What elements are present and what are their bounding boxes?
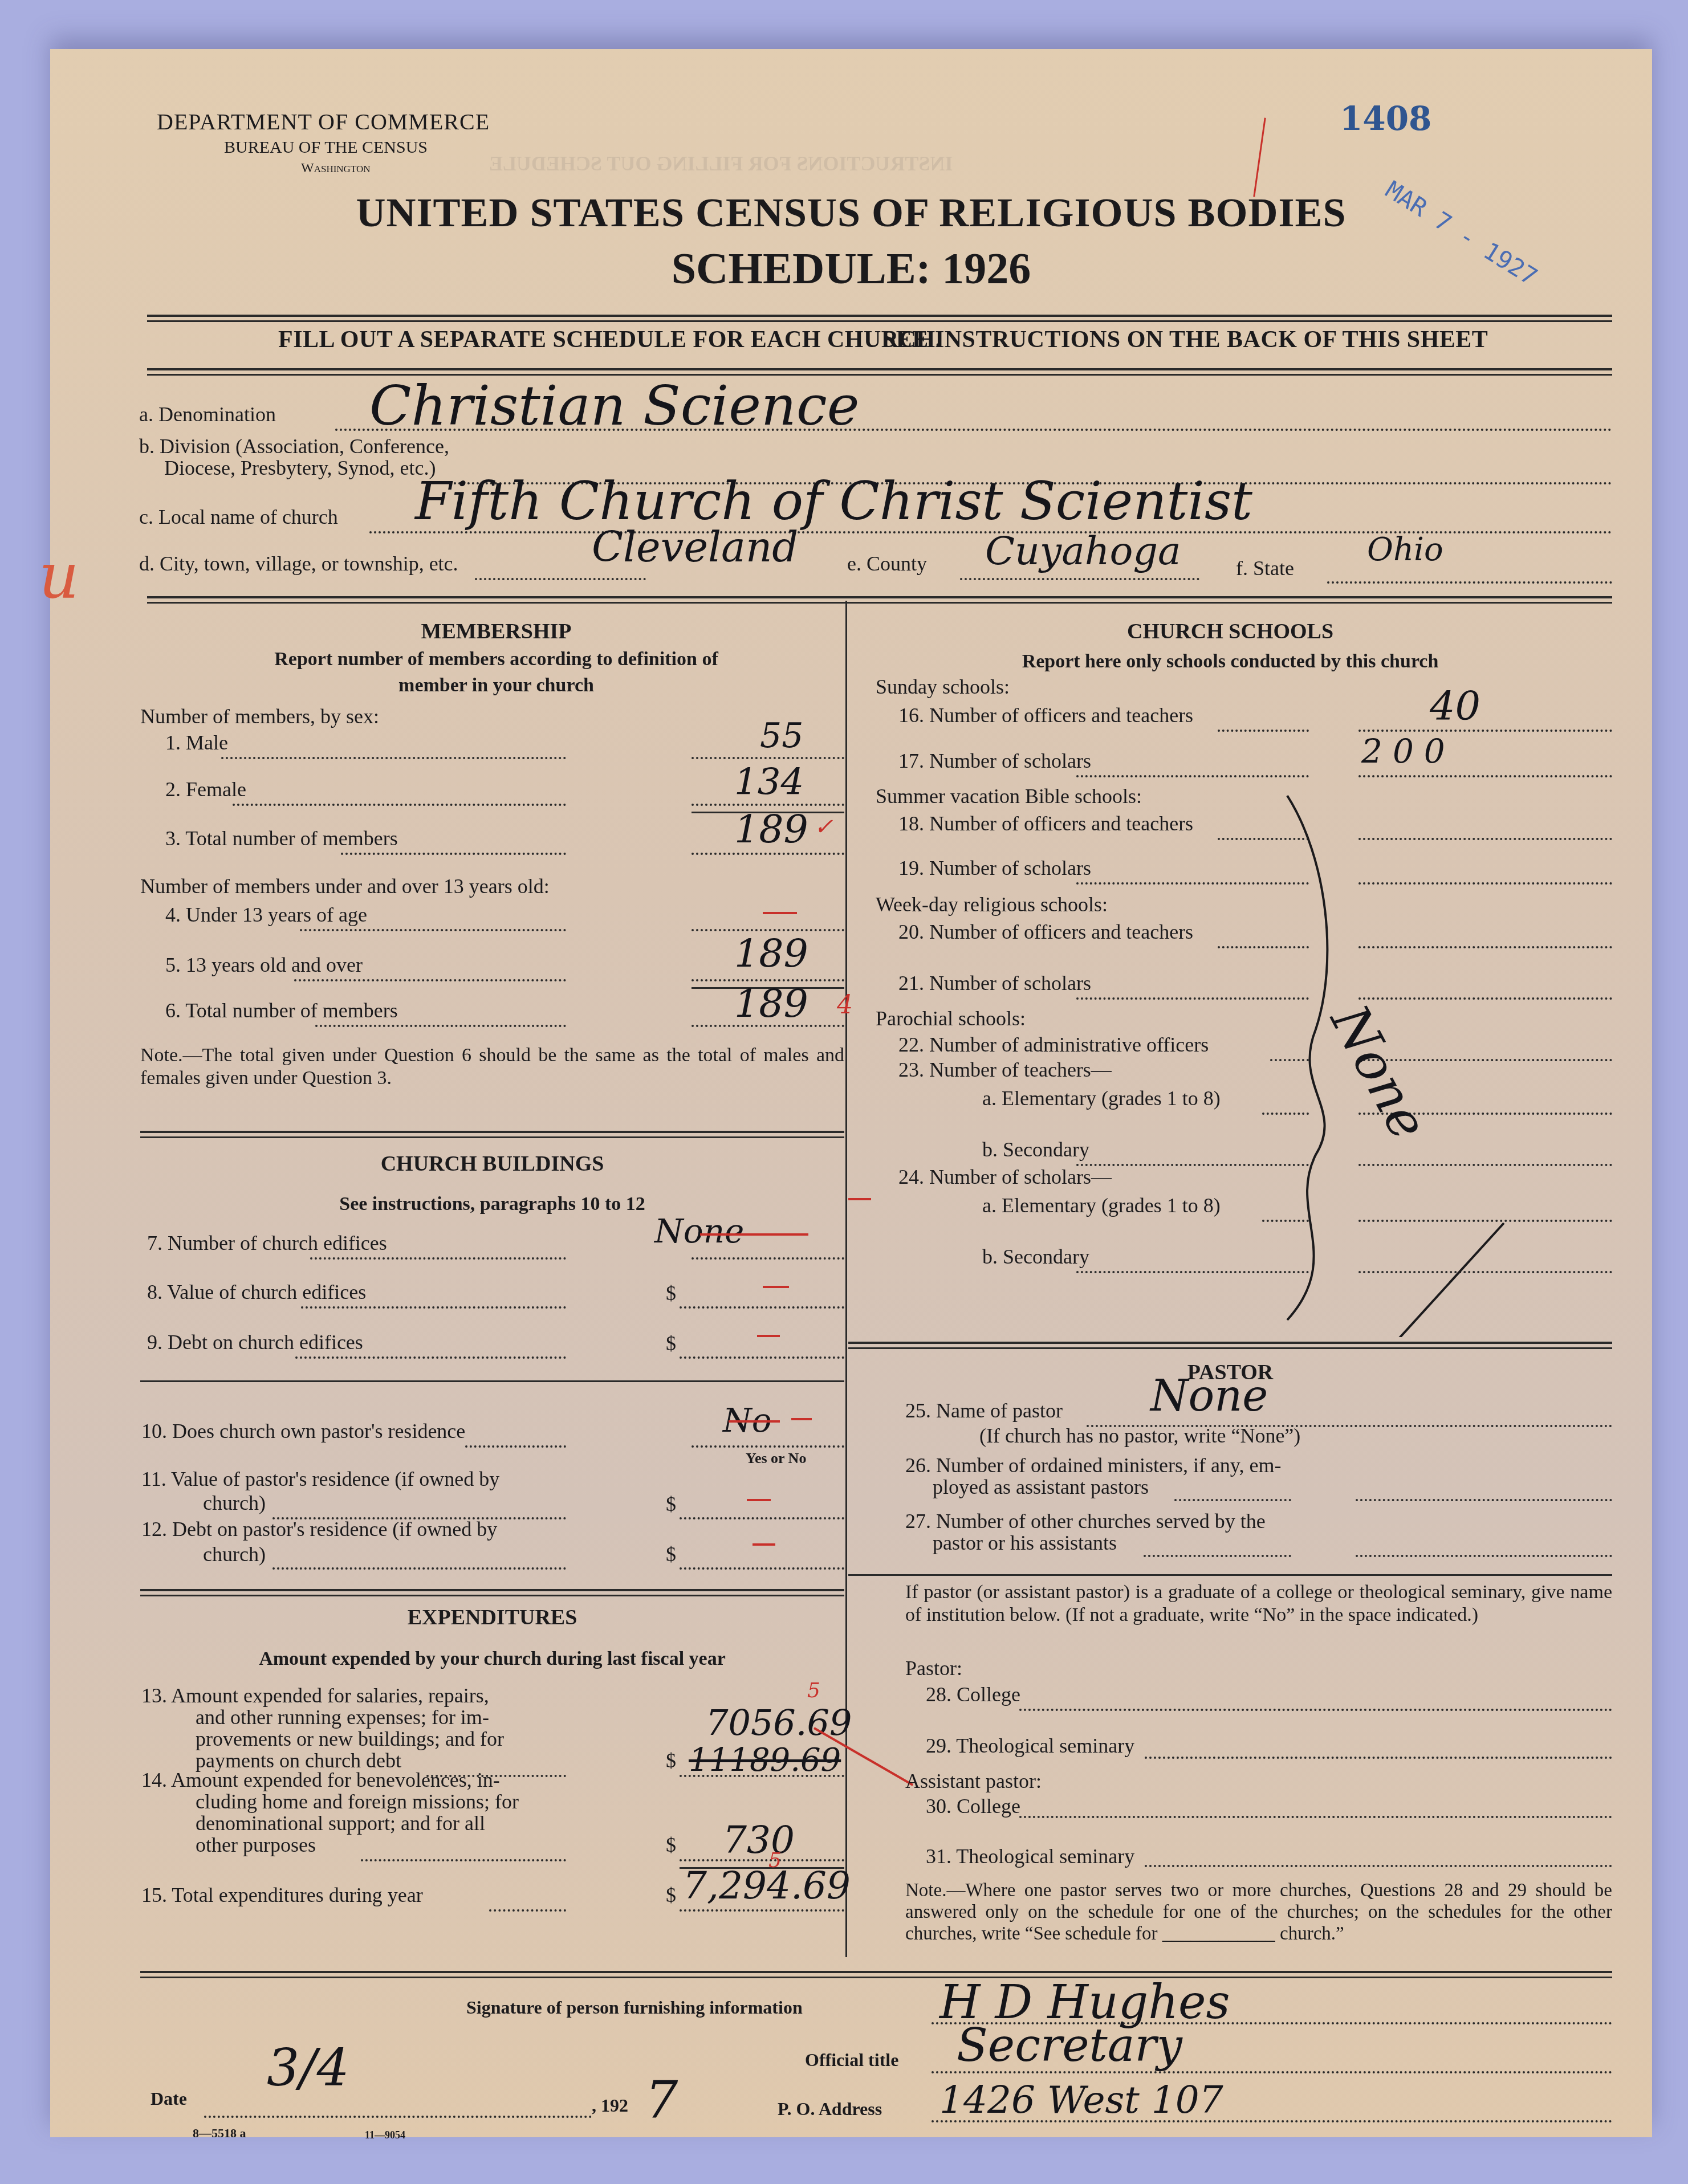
male-label: 1. Male [165,731,228,755]
assistant-pastor-label: Assistant pastor: [905,1769,1042,1793]
sunday-officers-leader [1218,730,1309,732]
banner-right-text: SEE INSTRUCTIONS ON THE BACK OF THIS SHE… [882,326,1488,353]
signature-label: Signature of person furnishing informati… [466,1997,803,2018]
dollar-sign: $ [666,1492,676,1516]
pastor-seminary-label: 29. Theological seminary [926,1734,1134,1758]
benevolences-label-1: 14. Amount expended for benevolences, in… [141,1768,500,1792]
male-leader [221,757,566,759]
parochial-admin-label: 22. Number of administrative officers [898,1033,1209,1057]
denomination-field[interactable]: Christian Science [369,374,859,438]
pastor-college-field[interactable] [1019,1709,1612,1711]
running-expenses-label-1: 13. Amount expended for salaries, repair… [141,1684,489,1708]
city-label: d. City, town, village, or township, etc… [139,552,458,576]
by-sex-label: Number of members, by sex: [140,704,379,728]
other-churches-field[interactable] [1356,1555,1612,1557]
asst-college-field[interactable] [1019,1816,1612,1818]
city-line [475,578,646,580]
owns-residence-leader [465,1445,566,1448]
asst-ministers-label-2: ployed as assistant pastors [933,1475,1149,1499]
church-buildings-heading: CHURCH BUILDINGS [140,1151,844,1176]
signature-top-rule [140,1971,1612,1973]
residence-debt-line [680,1567,844,1570]
membership-subheading-1: Report number of members according to de… [147,649,845,670]
edifices-value-field[interactable] [763,1286,789,1288]
schedule-title: SCHEDULE: 1926 [50,243,1652,294]
asst-ministers-leader [1174,1499,1291,1501]
expenditures-subheading: Amount expended by your church during la… [140,1648,844,1670]
bureau-name: BUREAU OF THE CENSUS [224,138,428,157]
under-13-field[interactable] [763,912,797,914]
sunday-officers-field[interactable]: 40 [1430,683,1480,730]
year-prefix: , 192 [592,2095,628,2116]
pastor-education-label: Pastor: [905,1656,962,1680]
dollar-sign: $ [666,1833,676,1857]
division-label-line1: b. Division (Association, Conference, [139,434,449,458]
residence-debt-leader [272,1567,566,1570]
red-margin-mark: u [39,539,79,612]
female-label: 2. Female [165,777,246,801]
pastor-seminary-field[interactable] [1145,1757,1612,1759]
residence-debt-label-cont: church) [203,1542,266,1566]
over-13-leader [294,979,566,981]
buildings-mid-rule [140,1380,844,1382]
year-field[interactable]: 7 [645,2070,678,2130]
female-line [692,804,844,806]
print-code: 11—9054 [365,2129,405,2141]
division-label-line2: Diocese, Presbytery, Synod, etc.) [164,456,436,480]
dollar-sign: $ [666,1749,676,1773]
county-line [960,578,1199,580]
sunday-schools-label: Sunday schools: [876,675,1010,699]
state-field[interactable]: Ohio [1367,531,1443,568]
other-churches-label-2: pastor or his assistants [933,1531,1117,1555]
total-expenditures-label: 15. Total expenditures during year [141,1883,423,1907]
bureau-city: Washington [301,161,371,176]
total-expenditures-leader [489,1909,566,1912]
membership-bottom-rule [140,1131,844,1133]
red-correction-mark: 4 [837,991,853,1020]
parochial-teachers-label: 23. Number of teachers— [898,1058,1112,1082]
po-address-field[interactable]: 1426 West 107 [939,2078,1223,2122]
asst-seminary-label: 31. Theological seminary [926,1844,1134,1868]
asst-seminary-field[interactable] [1145,1865,1612,1867]
total-members-field[interactable]: 189 [734,807,808,852]
dollar-sign: $ [666,1542,676,1566]
parochial-schools-label: Parochial schools: [876,1007,1026,1030]
benevolences-label-2: cluding home and foreign missions; for [196,1790,519,1814]
total-expenditures-line [680,1909,844,1912]
official-title-label: Official title [805,2049,898,2071]
red-dash-10 [791,1418,812,1420]
membership-heading: MEMBERSHIP [147,619,845,644]
benevolences-label-4: other purposes [196,1833,316,1857]
benevolences-label-3: denominational support; and for all [196,1811,485,1835]
pastor-name-field[interactable]: None [1150,1370,1268,1421]
dollar-sign: $ [666,1331,676,1355]
pastor-note: Note.—Where one pastor serves two or mor… [905,1880,1612,1945]
residence-debt-label: 12. Debt on pastor's residence (if owned… [141,1517,497,1541]
edifices-debt-line [680,1356,844,1359]
summer-scholars-leader [1076,882,1309,885]
state-line [1327,581,1612,584]
edifices-value-leader [301,1306,566,1309]
edifices-count-field[interactable]: None [654,1212,744,1250]
red-strike-no [729,1420,780,1423]
edifices-debt-leader [295,1356,566,1359]
edifices-value-label: 8. Value of church edifices [147,1280,366,1304]
asst-ministers-field[interactable] [1356,1499,1612,1501]
county-field[interactable]: Cuyahoga [985,529,1181,574]
red-correction-5b: 5 [768,1849,782,1872]
residence-debt-field[interactable] [753,1543,775,1546]
residence-value-field[interactable] [747,1499,771,1501]
denomination-label: a. Denomination [139,402,276,426]
parochial-scholars-label: 24. Number of scholars— [898,1165,1112,1189]
census-schedule-sheet: INSTRUCTIONS FOR FILLING OUT SCHEDULE DE… [50,49,1652,2137]
total-members-leader [341,853,566,855]
other-churches-label-1: 27. Number of other churches served by t… [905,1509,1266,1533]
buildings-bottom-rule [140,1589,844,1591]
state-label: f. State [1236,556,1294,580]
running-expenses-label-2: and other running expenses; for im- [196,1705,489,1729]
identification-bottom-rule [147,596,1612,598]
asst-college-label: 30. College [926,1794,1020,1818]
banner-left-text: FILL OUT A SEPARATE SCHEDULE FOR EACH CH… [278,326,942,353]
edifices-value-line [680,1306,844,1309]
local-name-field[interactable]: Fifth Church of Christ Scientist [415,471,1252,532]
female-leader [233,804,566,806]
red-tick-mark [1253,117,1266,197]
under-13-leader [300,929,566,931]
teachers-elementary-label: a. Elementary (grades 1 to 8) [982,1086,1221,1110]
pastor-name-label: 25. Name of pastor [905,1399,1063,1423]
form-title: UNITED STATES CENSUS OF RELIGIOUS BODIES [50,189,1652,237]
asst-ministers-label-1: 26. Number of ordained ministers, if any… [905,1453,1282,1477]
summer-schools-label: Summer vacation Bible schools: [876,784,1142,808]
by-age-label: Number of members under and over 13 year… [140,874,550,898]
owns-residence-line [692,1445,844,1448]
graduate-instructions: If pastor (or assistant pastor) is a gra… [905,1581,1612,1627]
edifices-debt-field[interactable] [757,1335,780,1337]
pastor-college-label: 28. College [926,1682,1020,1706]
edifices-debt-label: 9. Debt on church edifices [147,1330,363,1354]
date-label: Date [151,2088,187,2109]
file-number-stamp: 1408 [1340,99,1431,138]
banner-bottom-rule [147,368,1612,370]
total-by-age-leader [315,1025,566,1027]
total-expenditures-field[interactable]: 7,294.69 [683,1864,851,1908]
total-by-age-field[interactable]: 189 [734,981,808,1026]
yes-or-no-hint: Yes or No [746,1450,806,1467]
sunday-scholars-leader [1076,775,1309,777]
pastor-mid-rule [848,1574,1612,1576]
under-13-label: 4. Under 13 years of age [165,903,367,927]
male-line [692,757,844,759]
church-schools-subheading: Report here only schools conducted by th… [848,651,1612,673]
female-field[interactable]: 134 [734,761,804,804]
other-churches-leader [1144,1555,1291,1557]
form-code: 8—5518 a [193,2126,246,2141]
edifices-count-label: 7. Number of church edifices [147,1231,387,1255]
expenditures-heading: EXPENDITURES [140,1605,844,1630]
summer-officers-label: 18. Number of officers and teachers [898,812,1193,836]
membership-note: Note.—The total given under Question 6 s… [140,1044,844,1090]
scholars-secondary-leader [1076,1271,1309,1273]
weekday-schools-label: Week-day religious schools: [876,893,1108,916]
official-title-field[interactable]: Secretary [957,2019,1182,2072]
red-correction-5: 5 [807,1679,820,1702]
church-schools-heading: CHURCH SCHOOLS [848,619,1612,644]
owns-residence-label: 10. Does church own pastor's residence [141,1419,465,1443]
residence-value-label: 11. Value of pastor's residence (if owne… [141,1467,499,1491]
column-divider [845,601,847,1957]
county-label: e. County [847,552,927,576]
membership-subheading-2: member in your church [147,675,845,696]
total-members-by-age-label: 6. Total number of members [165,999,398,1022]
sunday-scholars-label: 17. Number of scholars [898,749,1091,773]
sunday-scholars-line [1358,775,1612,777]
department-name: DEPARTMENT OF COMMERCE [157,108,490,135]
struck-running-expenses: 11189.69 [689,1742,841,1779]
teachers-secondary-label: b. Secondary [982,1138,1089,1162]
red-strike-none [700,1233,808,1236]
po-address-label: P. O. Address [778,2099,882,2120]
benevolences-field[interactable]: 730 [723,1818,795,1862]
bleed-through-heading: INSTRUCTIONS FOR FILLING OUT SCHEDULE [489,152,953,176]
total-members-label: 3. Total number of members [165,826,398,850]
residence-value-label-cont: church) [203,1491,266,1515]
edifices-count-line [692,1257,844,1260]
total-members-line [692,853,844,855]
sunday-officers-label: 16. Number of officers and teachers [898,703,1193,727]
dollar-sign: $ [666,1281,676,1305]
pastor-name-hint: (If church has no pastor, write “None”) [979,1424,1300,1448]
male-field[interactable]: 55 [760,716,803,756]
date-field[interactable]: 3/4 [267,2038,349,2098]
red-checkmark: ✓ [814,814,833,840]
weekday-officers-label: 20. Number of officers and teachers [898,920,1193,944]
scholars-secondary-label: b. Secondary [982,1245,1089,1269]
schools-bottom-rule [848,1342,1612,1344]
benevolences-leader [361,1859,566,1861]
scholars-elementary-label: a. Elementary (grades 1 to 8) [982,1193,1221,1217]
red-dash-7 [848,1198,871,1200]
edifices-count-leader [310,1257,566,1260]
summer-scholars-label: 19. Number of scholars [898,856,1091,880]
date-line [204,2116,592,2118]
banner-top-rule [147,315,1612,317]
running-expenses-label-3: provements or new buildings; and for [196,1727,504,1751]
weekday-scholars-label: 21. Number of scholars [898,971,1091,995]
residence-value-line [680,1517,844,1519]
local-name-label: c. Local name of church [139,505,338,529]
city-field[interactable]: Cleveland [592,523,798,571]
over-13-label: 5. 13 years old and over [165,953,363,977]
over-13-field[interactable]: 189 [734,931,808,976]
weekday-scholars-leader [1076,997,1309,1000]
sunday-scholars-field[interactable]: 200 [1361,732,1455,771]
dollar-sign: $ [666,1883,676,1907]
